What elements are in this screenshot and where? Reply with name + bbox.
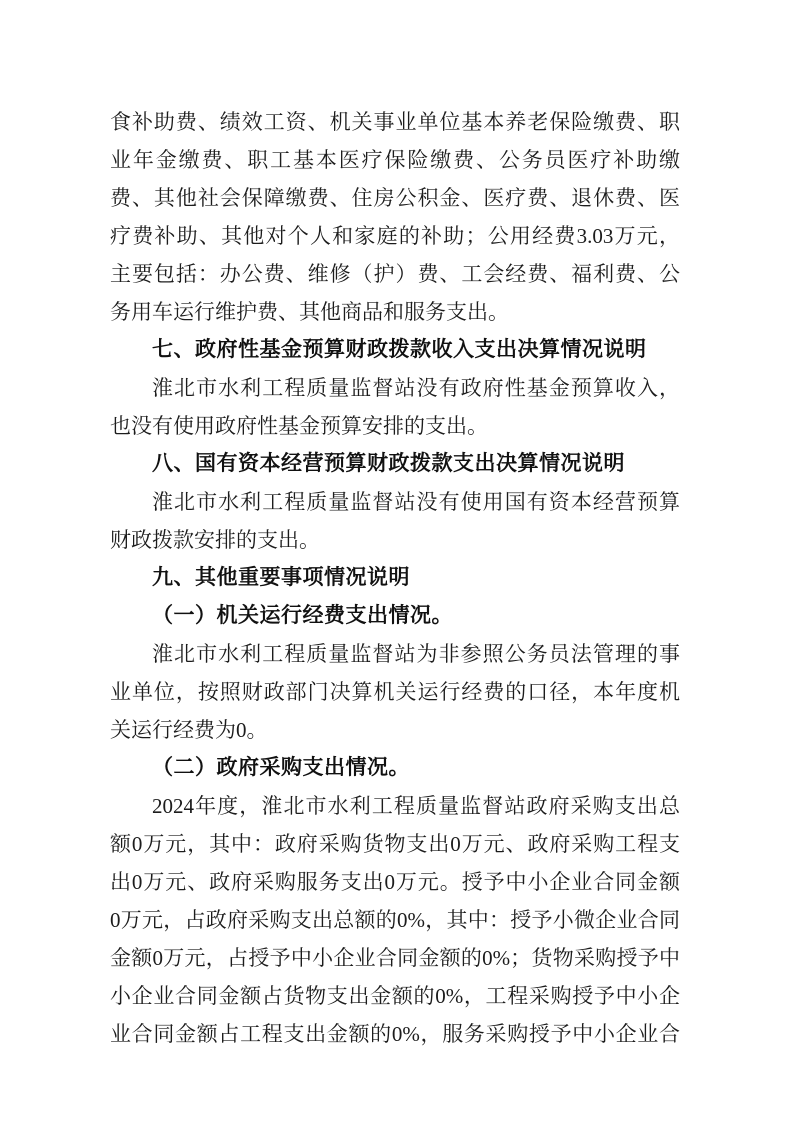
section-9-sub-1-heading: （一）机关运行经费支出情况。 [110,597,680,635]
section-8-heading: 八、国有资本经营预算财政拨款支出决算情况说明 [110,445,680,483]
paragraph-line: 2024年度，淮北市水利工程质量监督站政府采购支出总 [110,787,680,825]
paragraph-line: 0万元，占政府采购支出总额的0%，其中：授予小微企业合同 [110,901,680,939]
paragraph-line: 财政拨款安排的支出。 [110,521,680,559]
paragraph-line: 业合同金额占工程支出金额的0%，服务采购授予中小企业合 [110,1015,680,1053]
document-content: 食补助费、绩效工资、机关事业单位基本养老保险缴费、职 业年金缴费、职工基本医疗保… [110,103,680,1053]
paragraph-line: 出0万元、政府采购服务支出0万元。授予中小企业合同金额 [110,863,680,901]
section-9-heading: 九、其他重要事项情况说明 [110,559,680,597]
paragraph-line: 小企业合同金额占货物支出金额的0%，工程采购授予中小企 [110,977,680,1015]
paragraph-line: 淮北市水利工程质量监督站没有使用国有资本经营预算 [110,483,680,521]
paragraph-line: 业单位，按照财政部门决算机关运行经费的口径，本年度机 [110,673,680,711]
paragraph-line: 金额0万元，占授予中小企业合同金额的0%；货物采购授予中 [110,939,680,977]
paragraph-line: 也没有使用政府性基金预算安排的支出。 [110,407,680,445]
paragraph-line: 主要包括：办公费、维修（护）费、工会经费、福利费、公 [110,255,680,293]
paragraph-line: 淮北市水利工程质量监督站没有政府性基金预算收入， [110,369,680,407]
paragraph-line: 费、其他社会保障缴费、住房公积金、医疗费、退休费、医 [110,179,680,217]
section-9-sub-2-heading: （二）政府采购支出情况。 [110,749,680,787]
paragraph-line: 疗费补助、其他对个人和家庭的补助；公用经费3.03万元， [110,217,680,255]
paragraph-line: 业年金缴费、职工基本医疗保险缴费、公务员医疗补助缴 [110,141,680,179]
paragraph-line: 食补助费、绩效工资、机关事业单位基本养老保险缴费、职 [110,103,680,141]
paragraph-line: 关运行经费为0。 [110,711,680,749]
document-page: 食补助费、绩效工资、机关事业单位基本养老保险缴费、职 业年金缴费、职工基本医疗保… [0,0,793,1122]
section-7-heading: 七、政府性基金预算财政拨款收入支出决算情况说明 [110,331,680,369]
paragraph-line: 淮北市水利工程质量监督站为非参照公务员法管理的事 [110,635,680,673]
paragraph-line: 额0万元，其中：政府采购货物支出0万元、政府采购工程支 [110,825,680,863]
paragraph-line: 务用车运行维护费、其他商品和服务支出。 [110,293,680,331]
